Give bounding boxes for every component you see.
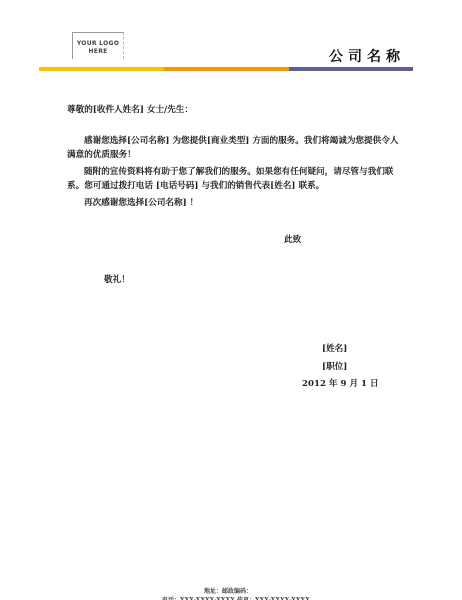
letter-date: 2012 年 9 月 1 日 <box>302 377 379 391</box>
logo-placeholder: YOUR LOGO HERE <box>72 32 124 59</box>
paragraph-3: 再次感谢您选择[公司名称] ！ <box>67 196 407 210</box>
header-bar-orange <box>164 67 289 71</box>
header-bar-purple <box>289 67 413 71</box>
closing-regards: 此致 <box>284 233 301 247</box>
closing-salute: 敬礼！ <box>104 273 130 287</box>
signature-title: [职位] <box>322 360 347 374</box>
logo-text: YOUR LOGO HERE <box>77 40 119 55</box>
paragraph-2: 随附的宣传资料将有助于您了解我们的服务。如果您有任何疑问，请尽管与我们联系。您可… <box>67 165 407 193</box>
company-name: 公司名称 <box>329 46 405 66</box>
salutation: 尊敬的[收件人姓名] 女士/先生： <box>67 103 193 117</box>
header-bar-yellow <box>39 67 164 71</box>
signature-name: [姓名] <box>322 342 347 356</box>
footer-contact: 电话：XXX-XXXX-XXXX 传真：XXX-XXXX-XXXX <box>162 595 310 600</box>
footer-address: 地址：邮政编码： <box>204 586 252 595</box>
paragraph-1: 感谢您选择[公司名称] 为您提供[商业类型] 方面的服务。我们将竭诚为您提供令人… <box>67 134 407 162</box>
